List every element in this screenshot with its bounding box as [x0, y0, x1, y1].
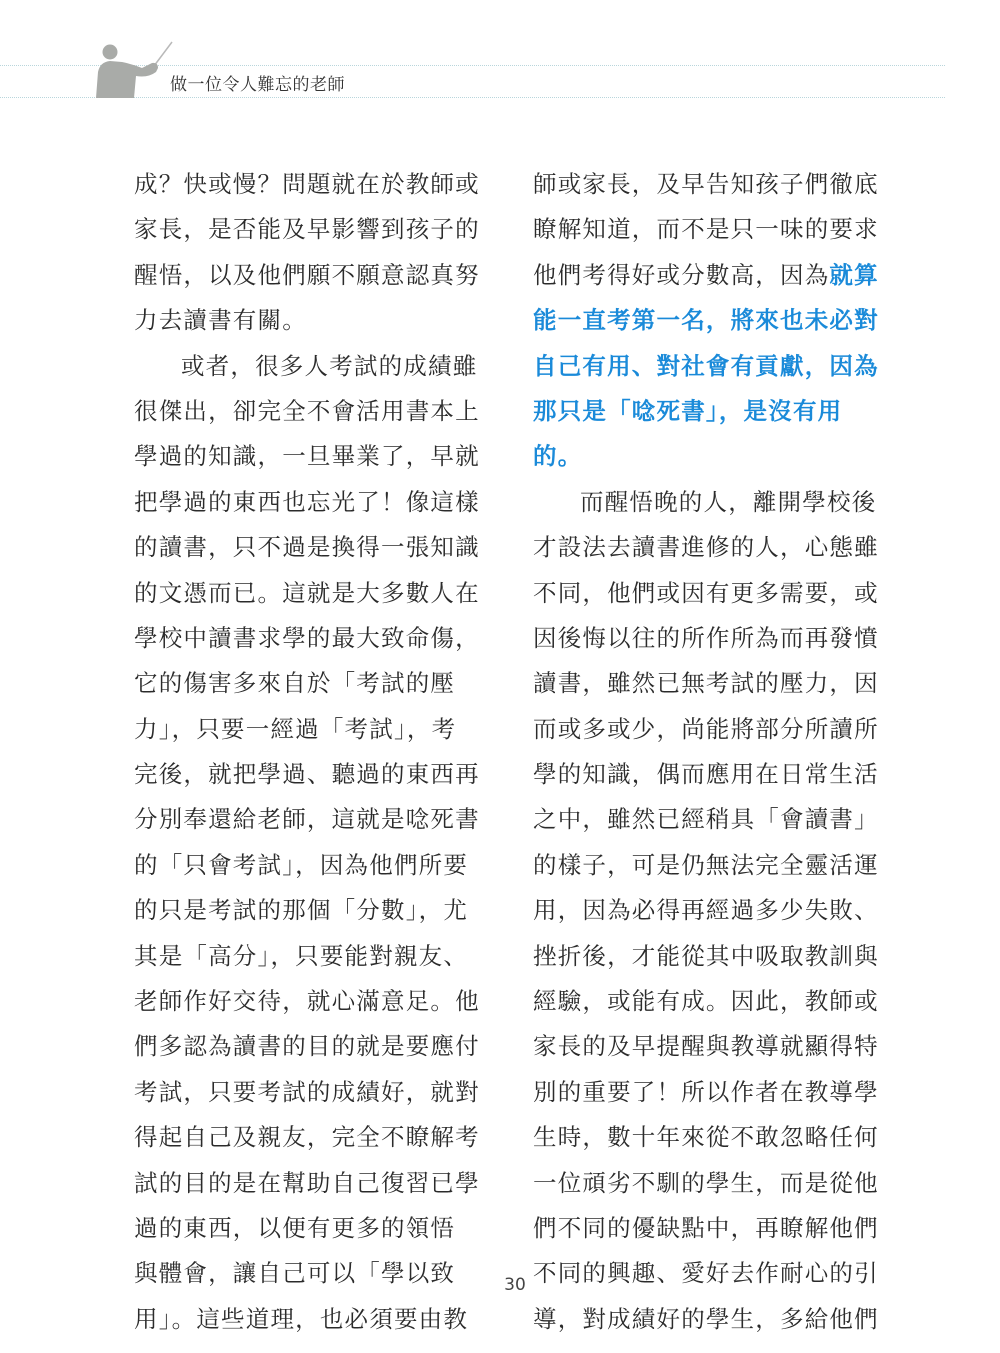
normal-text: 經驗，或能有成。因此，教師或	[533, 987, 879, 1015]
text-line: 的文憑而已。這就是大多數人在	[134, 571, 494, 616]
text-line: 學的知識，偶而應用在日常生活	[533, 752, 893, 797]
text-line: 們多認為讀書的目的就是要應付	[134, 1024, 494, 1069]
text-line: 力」，只要一經過「考試」，考	[134, 707, 494, 752]
text-line: 們不同的優缺點中，再瞭解他們	[533, 1206, 893, 1251]
text-line: 之中，雖然已經稍具「會讀書」	[533, 797, 893, 842]
normal-text: 用，因為必得再經過多少失敗、	[533, 896, 879, 924]
text-line: 試的目的是在幫助自己復習已學	[134, 1161, 494, 1206]
highlight-line: 自己有用、對社會有貢獻，因為	[533, 344, 893, 389]
normal-text: 挫折後，才能從其中吸取教訓與	[533, 942, 879, 970]
page-number: 30	[0, 1275, 1000, 1295]
text-line: 家長的及早提醒與教導就顯得特	[533, 1024, 893, 1069]
normal-text: 的樣子，可是仍無法完全靈活運	[533, 851, 879, 879]
right-column: 師或家長，及早告知孩子們徹底 瞭解知道，而不是只一味的要求 他們考得好或分數高，…	[533, 162, 893, 1342]
text-line: 其是「高分」，只要能對親友、	[134, 934, 494, 979]
text-line: 醒悟，以及他們願不願意認真努	[134, 253, 494, 298]
text-line: 讀書，雖然已無考試的壓力，因	[533, 661, 893, 706]
normal-text: 生時，數十年來從不敢忽略任何	[533, 1123, 879, 1151]
paragraph-start-line: 而醒悟晚的人，離開學校後	[533, 480, 893, 525]
text-line: 家長，是否能及早影響到孩子的	[134, 207, 494, 252]
highlight-text: 能一直考第一名，將來也未必對	[533, 306, 879, 334]
text-line: 用」。這些道理，也必須要由教	[134, 1297, 494, 1342]
text-line: 的讀書，只不過是換得一張知識	[134, 525, 494, 570]
highlight-line: 能一直考第一名，將來也未必對	[533, 298, 893, 343]
text-line: 把學過的東西也忘光了！像這樣	[134, 480, 494, 525]
normal-text: 們不同的優缺點中，再瞭解他們	[533, 1214, 879, 1242]
paragraph-start-line: 或者，很多人考試的成績雖	[134, 344, 494, 389]
normal-text: 師或家長，及早告知孩子們徹底	[533, 170, 879, 198]
highlight-line: 那只是「唸死書」，是沒有用	[533, 389, 893, 434]
text-line: 很傑出，卻完全不會活用書本上	[134, 389, 494, 434]
normal-text: 因後悔以往的所作所為而再發憤	[533, 624, 879, 652]
left-column: 成？快或慢？問題就在於教師或 家長，是否能及早影響到孩子的 醒悟，以及他們願不願…	[134, 162, 494, 1342]
page-header: 做一位令人難忘的老師	[0, 0, 1000, 110]
highlight-text: 那只是「唸死書」，是沒有用	[533, 397, 842, 425]
text-line: 的只是考試的那個「分數」，尤	[134, 888, 494, 933]
highlight-text: 的。	[533, 442, 582, 470]
text-line: 老師作好交待，就心滿意足。他	[134, 979, 494, 1024]
text-line: 學校中讀書求學的最大致命傷，	[134, 616, 494, 661]
normal-text: 讀書，雖然已無考試的壓力，因	[533, 669, 879, 697]
text-line: 考試，只要考試的成績好，就對	[134, 1070, 494, 1115]
text-line: 過的東西，以便有更多的領悟	[134, 1206, 494, 1251]
normal-text: 學的知識，偶而應用在日常生活	[533, 760, 879, 788]
text-line: 完後，就把學過、聽過的東西再	[134, 752, 494, 797]
highlight-line: 的。	[533, 434, 893, 479]
text-line: 成？快或慢？問題就在於教師或	[134, 162, 494, 207]
text-line: 經驗，或能有成。因此，教師或	[533, 979, 893, 1024]
text-line: 一位頑劣不馴的學生，而是從他	[533, 1161, 893, 1206]
text-line: 用，因為必得再經過多少失敗、	[533, 888, 893, 933]
normal-text: 導，對成績好的學生，多給他們	[533, 1305, 879, 1333]
text-line: 而或多或少，尚能將部分所讀所	[533, 707, 893, 752]
text-line: 因後悔以往的所作所為而再發憤	[533, 616, 893, 661]
text-line: 得起自己及親友，完全不瞭解考	[134, 1115, 494, 1160]
normal-text: 瞭解知道，而不是只一味的要求	[533, 215, 879, 243]
normal-text: 之中，雖然已經稍具「會讀書」	[533, 805, 879, 833]
text-line: 不同，他們或因有更多需要，或	[533, 571, 893, 616]
text-line: 才設法去讀書進修的人，心態雖	[533, 525, 893, 570]
running-title: 做一位令人難忘的老師	[170, 70, 345, 95]
text-line: 學過的知識，一旦畢業了，早就	[134, 434, 494, 479]
text-line: 分別奉還給老師，這就是唸死書	[134, 797, 494, 842]
normal-text: 一位頑劣不馴的學生，而是從他	[533, 1169, 879, 1197]
text-line: 力去讀書有關。	[134, 298, 494, 343]
normal-text: 而醒悟晚的人，離開學校後	[580, 488, 876, 516]
teacher-pointing-silhouette-icon	[92, 38, 182, 98]
highlight-text: 就算	[829, 261, 878, 289]
normal-text: 他們考得好或分數高，因為	[533, 261, 829, 289]
normal-text: 家長的及早提醒與教導就顯得特	[533, 1032, 879, 1060]
text-line: 的「只會考試」，因為他們所要	[134, 843, 494, 888]
normal-text: 而或多或少，尚能將部分所讀所	[533, 715, 879, 743]
text-line: 導，對成績好的學生，多給他們	[533, 1297, 893, 1342]
highlight-text: 自己有用、對社會有貢獻，因為	[533, 352, 879, 380]
text-line: 師或家長，及早告知孩子們徹底	[533, 162, 893, 207]
text-line: 挫折後，才能從其中吸取教訓與	[533, 934, 893, 979]
text-line: 它的傷害多來自於「考試的壓	[134, 661, 494, 706]
normal-text: 別的重要了！所以作者在教導學	[533, 1078, 879, 1106]
text-line: 瞭解知道，而不是只一味的要求	[533, 207, 893, 252]
text-line: 他們考得好或分數高，因為就算	[533, 253, 893, 298]
text-line: 的樣子，可是仍無法完全靈活運	[533, 843, 893, 888]
normal-text: 才設法去讀書進修的人，心態雖	[533, 533, 879, 561]
normal-text: 不同，他們或因有更多需要，或	[533, 579, 879, 607]
text-line: 生時，數十年來從不敢忽略任何	[533, 1115, 893, 1160]
text-line: 別的重要了！所以作者在教導學	[533, 1070, 893, 1115]
